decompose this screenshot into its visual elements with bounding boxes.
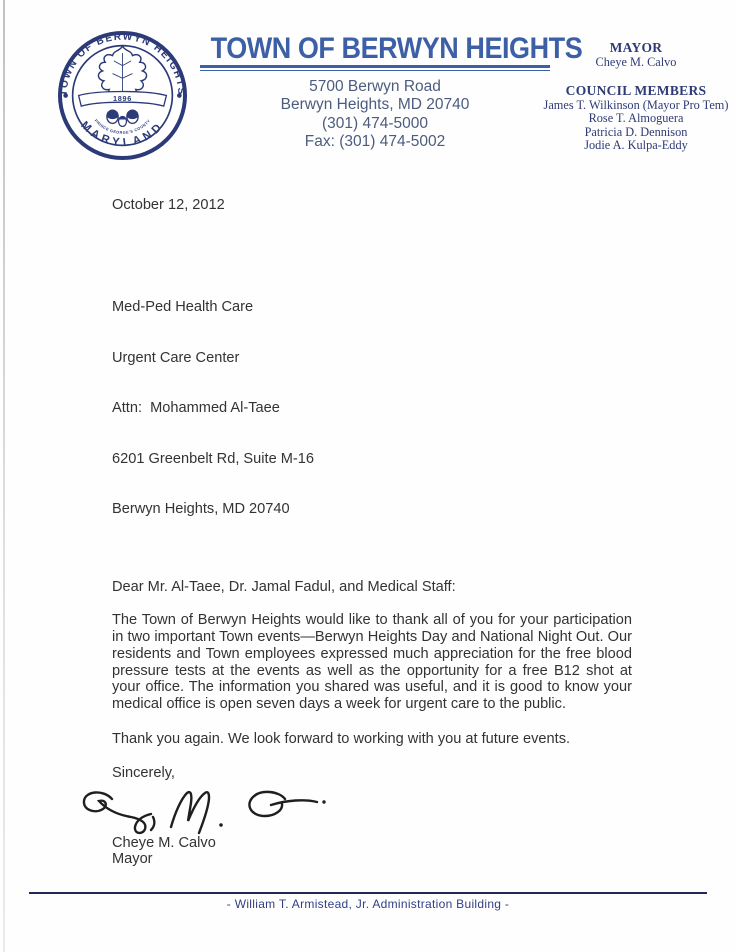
letter-paragraph: Thank you again. We look forward to work… (112, 731, 632, 748)
recipient-line: Berwyn Heights, MD 20740 (112, 501, 632, 518)
recipient-address-block: Med-Ped Health Care Urgent Care Center A… (112, 266, 632, 552)
council-members-label: COUNCIL MEMBERS (533, 83, 736, 99)
town-seal-icon: TOWN OF BERWYN HEIGHTS MARYLAND 1896 PRI… (56, 29, 189, 162)
closing-word: Sincerely, (112, 765, 632, 782)
recipient-line: Med-Ped Health Care (112, 299, 632, 316)
signature-image (78, 785, 330, 837)
officials-column: MAYOR Cheye M. Calvo COUNCIL MEMBERS Jam… (533, 40, 736, 153)
recipient-line: 6201 Greenbelt Rd, Suite M-16 (112, 451, 632, 468)
title-underline-thin (200, 70, 550, 71)
letter-body: October 12, 2012 Med-Ped Health Care Urg… (112, 197, 632, 868)
mayor-label: MAYOR (533, 40, 736, 56)
recipient-line: Attn: Mohammed Al-Taee (112, 400, 632, 417)
address-line: Fax: (301) 474-5002 (190, 133, 560, 151)
scan-artifact-line (3, 0, 5, 952)
signer-name: Cheye M. Calvo (112, 835, 632, 852)
salutation: Dear Mr. Al-Taee, Dr. Jamal Fadul, and M… (112, 579, 632, 596)
council-member: James T. Wilkinson (Mayor Pro Tem) (533, 99, 736, 113)
address-line: 5700 Berwyn Road (190, 78, 560, 96)
title-underline-thick (200, 65, 550, 68)
masthead: TOWN OF BERWYN HEIGHTS 5700 Berwyn Road … (190, 34, 560, 152)
council-member: Rose T. Almoguera (533, 112, 736, 126)
footer-building-name: - William T. Armistead, Jr. Administrati… (0, 897, 736, 911)
address-line: Berwyn Heights, MD 20740 (190, 96, 560, 114)
mayor-name: Cheye M. Calvo (533, 56, 736, 70)
address-line: (301) 474-5000 (190, 115, 560, 133)
page-title: TOWN OF BERWYN HEIGHTS (211, 34, 583, 64)
footer-rule (29, 892, 707, 894)
letter-date: October 12, 2012 (112, 197, 632, 214)
council-member: Jodie A. Kulpa-Eddy (533, 139, 736, 153)
signer-title: Mayor (112, 851, 632, 868)
letter-paragraph: The Town of Berwyn Heights would like to… (112, 612, 632, 713)
seal-year-text: 1896 (113, 94, 132, 103)
recipient-line: Urgent Care Center (112, 350, 632, 367)
town-address-block: 5700 Berwyn Road Berwyn Heights, MD 2074… (190, 78, 560, 152)
council-member: Patricia D. Dennison (533, 126, 736, 140)
letter-page: TOWN OF BERWYN HEIGHTS MARYLAND 1896 PRI… (0, 0, 736, 952)
